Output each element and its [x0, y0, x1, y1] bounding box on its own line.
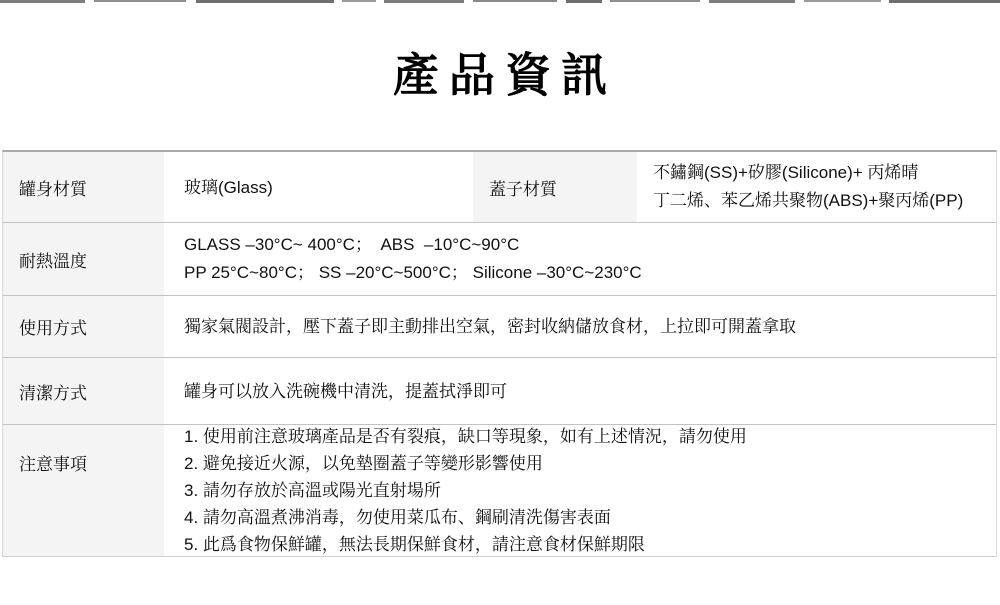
crop-fragment [384, 0, 464, 3]
crop-fragment [709, 0, 795, 3]
row-label-notes: 注意事項 [3, 425, 164, 556]
product-info-section: 產品資訊 罐身材質 玻璃(Glass) 蓋子材質 不鏽鋼(SS)+矽膠(Sili… [0, 50, 1000, 101]
table-row-usage: 使用方式 獨家氣閥設計，壓下蓋子即主動排出空氣，密封收納儲放食材，上拉即可開蓋拿… [3, 295, 996, 357]
row-label-usage: 使用方式 [3, 296, 164, 357]
row-label-lid-material: 蓋子材質 [473, 152, 637, 222]
page-title: 產品資訊 [0, 50, 1000, 101]
cell-lid-material-value: 不鏽鋼(SS)+矽膠(Silicone)+ 丙烯晴 丁二烯、苯乙烯共聚物(ABS… [637, 152, 996, 222]
cell-text: PP 25°C~80°C； SS –20°C~500°C； Silicone –… [184, 259, 996, 287]
cell-text: 玻璃(Glass) [184, 174, 473, 201]
product-info-table: 罐身材質 玻璃(Glass) 蓋子材質 不鏽鋼(SS)+矽膠(Silicone)… [2, 150, 997, 557]
cell-heat-tolerance-value: GLASS –30°C~ 400°C； ABS –10°C~90°C PP 25… [164, 223, 996, 295]
note-item: 3. 請勿存放於高溫或陽光直射場所 [184, 477, 996, 504]
table-row-cleaning: 清潔方式 罐身可以放入洗碗機中清洗，提蓋拭淨即可 [3, 357, 996, 424]
cell-text: GLASS –30°C~ 400°C； ABS –10°C~90°C [184, 231, 996, 259]
crop-fragment [342, 0, 376, 2]
crop-fragment [196, 0, 334, 3]
crop-fragment [566, 0, 602, 3]
note-item: 2. 避免接近火源，以免墊圈蓋子等變形影響使用 [184, 450, 996, 477]
cell-notes-value: 1. 使用前注意玻璃產品是否有裂痕，缺口等現象，如有上述情況，請勿使用 2. 避… [164, 425, 996, 556]
crop-fragment [804, 0, 881, 2]
table-row-notes: 注意事項 1. 使用前注意玻璃產品是否有裂痕，缺口等現象，如有上述情況，請勿使用… [3, 424, 996, 556]
cell-text: 不鏽鋼(SS)+矽膠(Silicone)+ 丙烯晴 [653, 159, 996, 187]
cell-cleaning-value: 罐身可以放入洗碗機中清洗，提蓋拭淨即可 [164, 358, 996, 424]
row-label-heat-tolerance: 耐熱溫度 [3, 223, 164, 295]
row-label-body-material: 罐身材質 [3, 152, 164, 222]
top-crop-strip [0, 0, 1000, 4]
table-row-materials: 罐身材質 玻璃(Glass) 蓋子材質 不鏽鋼(SS)+矽膠(Silicone)… [3, 152, 996, 222]
crop-fragment [473, 0, 557, 2]
crop-fragment [610, 0, 700, 2]
crop-fragment [94, 0, 186, 2]
table-row-heat-tolerance: 耐熱溫度 GLASS –30°C~ 400°C； ABS –10°C~90°C … [3, 222, 996, 295]
cell-text: 獨家氣閥設計，壓下蓋子即主動排出空氣，密封收納儲放食材，上拉即可開蓋拿取 [184, 313, 996, 340]
note-item: 5. 此爲食物保鮮罐，無法長期保鮮食材，請注意食材保鮮期限 [184, 531, 996, 558]
note-item: 4. 請勿高溫煮沸消毒，勿使用菜瓜布、鋼刷清洗傷害表面 [184, 504, 996, 531]
cell-text: 丁二烯、苯乙烯共聚物(ABS)+聚丙烯(PP) [653, 187, 996, 215]
crop-fragment [889, 0, 1000, 3]
cell-body-material-value: 玻璃(Glass) [164, 152, 473, 222]
cell-usage-value: 獨家氣閥設計，壓下蓋子即主動排出空氣，密封收納儲放食材，上拉即可開蓋拿取 [164, 296, 996, 357]
row-label-cleaning: 清潔方式 [3, 358, 164, 424]
note-item: 1. 使用前注意玻璃產品是否有裂痕，缺口等現象，如有上述情況，請勿使用 [184, 423, 996, 450]
crop-fragment [0, 0, 85, 3]
cell-text: 罐身可以放入洗碗機中清洗，提蓋拭淨即可 [184, 378, 996, 405]
